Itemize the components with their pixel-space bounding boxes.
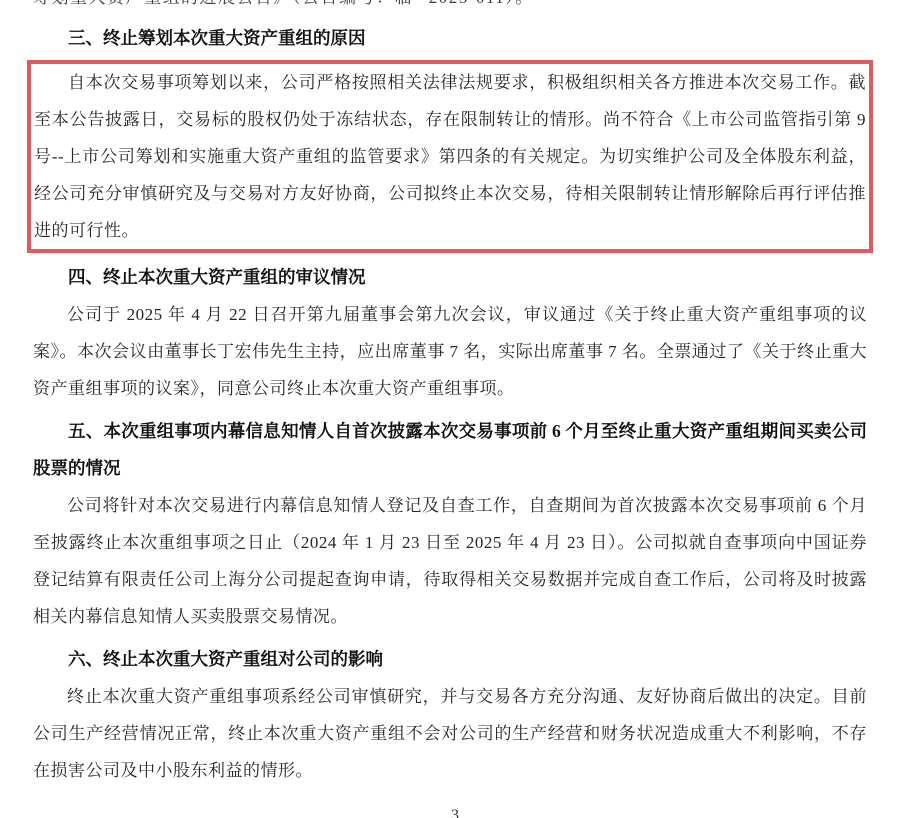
section-six-heading: 六、终止本次重大资产重组对公司的影响 <box>33 641 867 678</box>
section-five-paragraph: 公司将针对本次交易进行内幕信息知情人登记及自查工作，自查期间为首次披露本次交易事… <box>33 487 867 635</box>
section-three-paragraph: 自本次交易事项筹划以来，公司严格按照相关法律法规要求，积极组织相关各方推进本次交… <box>34 64 866 249</box>
announcement-page: { "document": { "background_color": "#ff… <box>0 0 900 818</box>
document-body: 筹划重大资产重组的进展公告》（公告编号：临 2025-011）。 三、终止筹划本… <box>0 0 900 789</box>
section-five-heading: 五、本次重组事项内幕信息知情人自首次披露本次交易事项前 6 个月至终止重大资产重… <box>33 413 867 487</box>
top-clipped-line: 筹划重大资产重组的进展公告》（公告编号：临 2025-011）。 <box>33 0 867 12</box>
section-four-paragraph: 公司于 2025 年 4 月 22 日召开第九届董事会第九次会议，审议通过《关于… <box>33 296 867 407</box>
top-clipped-line-text: 筹划重大资产重组的进展公告》（公告编号：临 2025-011）。 <box>33 0 867 10</box>
section-five: 五、本次重组事项内幕信息知情人自首次披露本次交易事项前 6 个月至终止重大资产重… <box>33 413 867 635</box>
section-four-heading: 四、终止本次重大资产重组的审议情况 <box>33 259 867 296</box>
section-four: 四、终止本次重大资产重组的审议情况 公司于 2025 年 4 月 22 日召开第… <box>33 259 867 407</box>
section-six-paragraph: 终止本次重大资产重组事项系经公司审慎研究，并与交易各方充分沟通、友好协商后做出的… <box>33 678 867 789</box>
page-number-clipped: 3 <box>451 808 459 818</box>
section-six: 六、终止本次重大资产重组对公司的影响 终止本次重大资产重组事项系经公司审慎研究，… <box>33 641 867 789</box>
red-highlight-box: 自本次交易事项筹划以来，公司严格按照相关法律法规要求，积极组织相关各方推进本次交… <box>27 60 873 253</box>
section-three: 三、终止筹划本次重大资产重组的原因 自本次交易事项筹划以来，公司严格按照相关法律… <box>33 20 867 253</box>
section-three-heading: 三、终止筹划本次重大资产重组的原因 <box>33 20 867 57</box>
